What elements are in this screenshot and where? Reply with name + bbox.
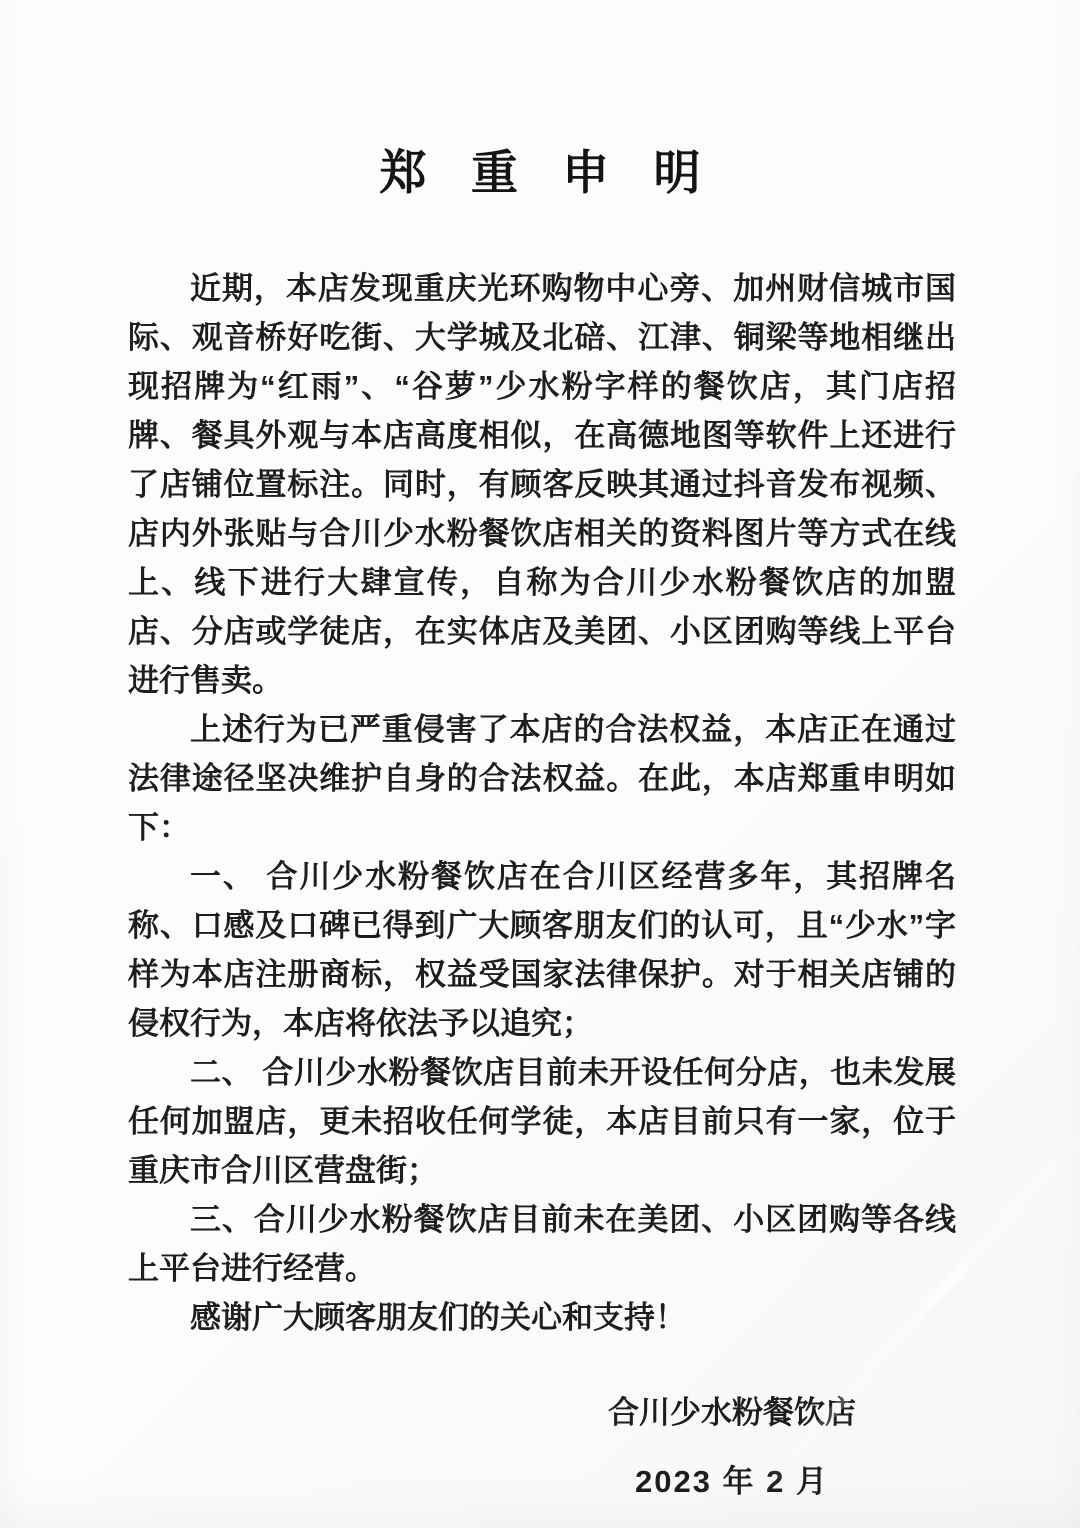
signature-store-name: 合川少水粉餐饮店 xyxy=(560,1388,904,1437)
paragraph-legal-notice: 上述行为已严重侵害了本店的合法权益，本店正在通过法律途径坚决维护自身的合法权益。… xyxy=(128,705,956,852)
statement-item-1: 一、 合川少水粉餐饮店在合川区经营多年，其招牌名称、口感及口碑已得到广大顾客朋友… xyxy=(128,852,956,1048)
paragraph-intro: 近期，本店发现重庆光环购物中心旁、加州财信城市国际、观音桥好吃街、大学城及北碚、… xyxy=(128,264,956,705)
statement-item-3: 三、合川少水粉餐饮店目前未在美团、小区团购等各线上平台进行经营。 xyxy=(128,1195,956,1293)
statement-document: 郑 重 申 明 近期，本店发现重庆光环购物中心旁、加州财信城市国际、观音桥好吃街… xyxy=(0,0,1080,1528)
document-title: 郑 重 申 明 xyxy=(0,0,1080,200)
document-body: 近期，本店发现重庆光环购物中心旁、加州财信城市国际、观音桥好吃街、大学城及北碚、… xyxy=(0,264,1080,1342)
signature-block: 合川少水粉餐饮店 2023 年 2 月 xyxy=(560,1388,904,1506)
signature-date: 2023 年 2 月 xyxy=(560,1457,904,1506)
statement-item-2: 二、 合川少水粉餐饮店目前未开设任何分店，也未发展任何加盟店，更未招收任何学徒，… xyxy=(128,1048,956,1195)
paragraph-thanks: 感谢广大顾客朋友们的关心和支持！ xyxy=(128,1293,956,1342)
